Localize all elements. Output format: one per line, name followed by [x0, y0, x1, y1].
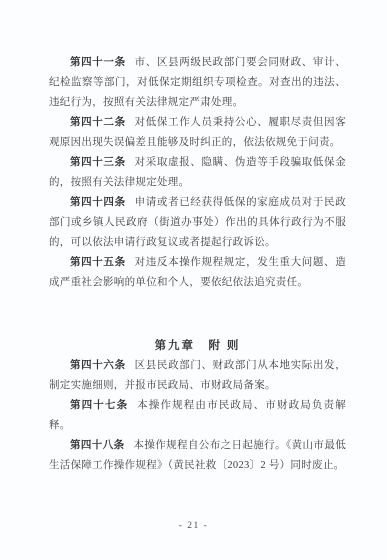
article-paragraph: 第四十三条对采取虚报、隐瞒、伪造等手段骗取低保金的，按照有关法律规定处理。 — [49, 153, 346, 193]
article-number: 第四十一条 — [70, 57, 126, 68]
article-number: 第四十四条 — [70, 197, 126, 208]
document-page: 第四十一条市、区县两级民政部门要会同财政、审计、纪检监察等部门，对低保定期组织专… — [0, 0, 387, 560]
article-number: 第四十二条 — [70, 117, 126, 128]
article-number: 第四十七条 — [70, 400, 128, 411]
article-number: 第四十六条 — [70, 360, 126, 371]
document-body: 第四十一条市、区县两级民政部门要会同财政、审计、纪检监察等部门，对低保定期组织专… — [49, 53, 346, 476]
article-paragraph: 第四十六条区县民政部门、财政部门从本地实际出发，制定实施细则，并报市民政局、市财… — [49, 356, 346, 396]
article-number: 第四十三条 — [70, 157, 126, 168]
chapter-heading: 第九章 附 则 — [49, 336, 346, 356]
article-paragraph: 第四十二条对低保工作人员秉持公心、履职尽责但因客观原因出现失误偏差且能够及时纠正… — [49, 113, 346, 153]
article-paragraph: 第四十五条对违反本操作规程规定，发生重大问题、造成严重社会影响的单位和个人，要依… — [49, 253, 346, 293]
article-paragraph: 第四十四条申请或者已经获得低保的家庭成员对于民政部门或乡镇人民政府（街道办事处）… — [49, 193, 346, 253]
article-number: 第四十五条 — [70, 257, 126, 268]
page-number: - 21 - — [0, 521, 387, 531]
article-paragraph: 第四十七条本操作规程由市民政局、市财政局负责解释。 — [49, 396, 346, 436]
article-number: 第四十八条 — [70, 440, 125, 451]
article-paragraph: 第四十八条本操作规程自公布之日起施行。《黄山市最低生活保障工作操作规程》（黄民社… — [49, 436, 346, 476]
article-paragraph: 第四十一条市、区县两级民政部门要会同财政、审计、纪检监察等部门，对低保定期组织专… — [49, 53, 346, 113]
